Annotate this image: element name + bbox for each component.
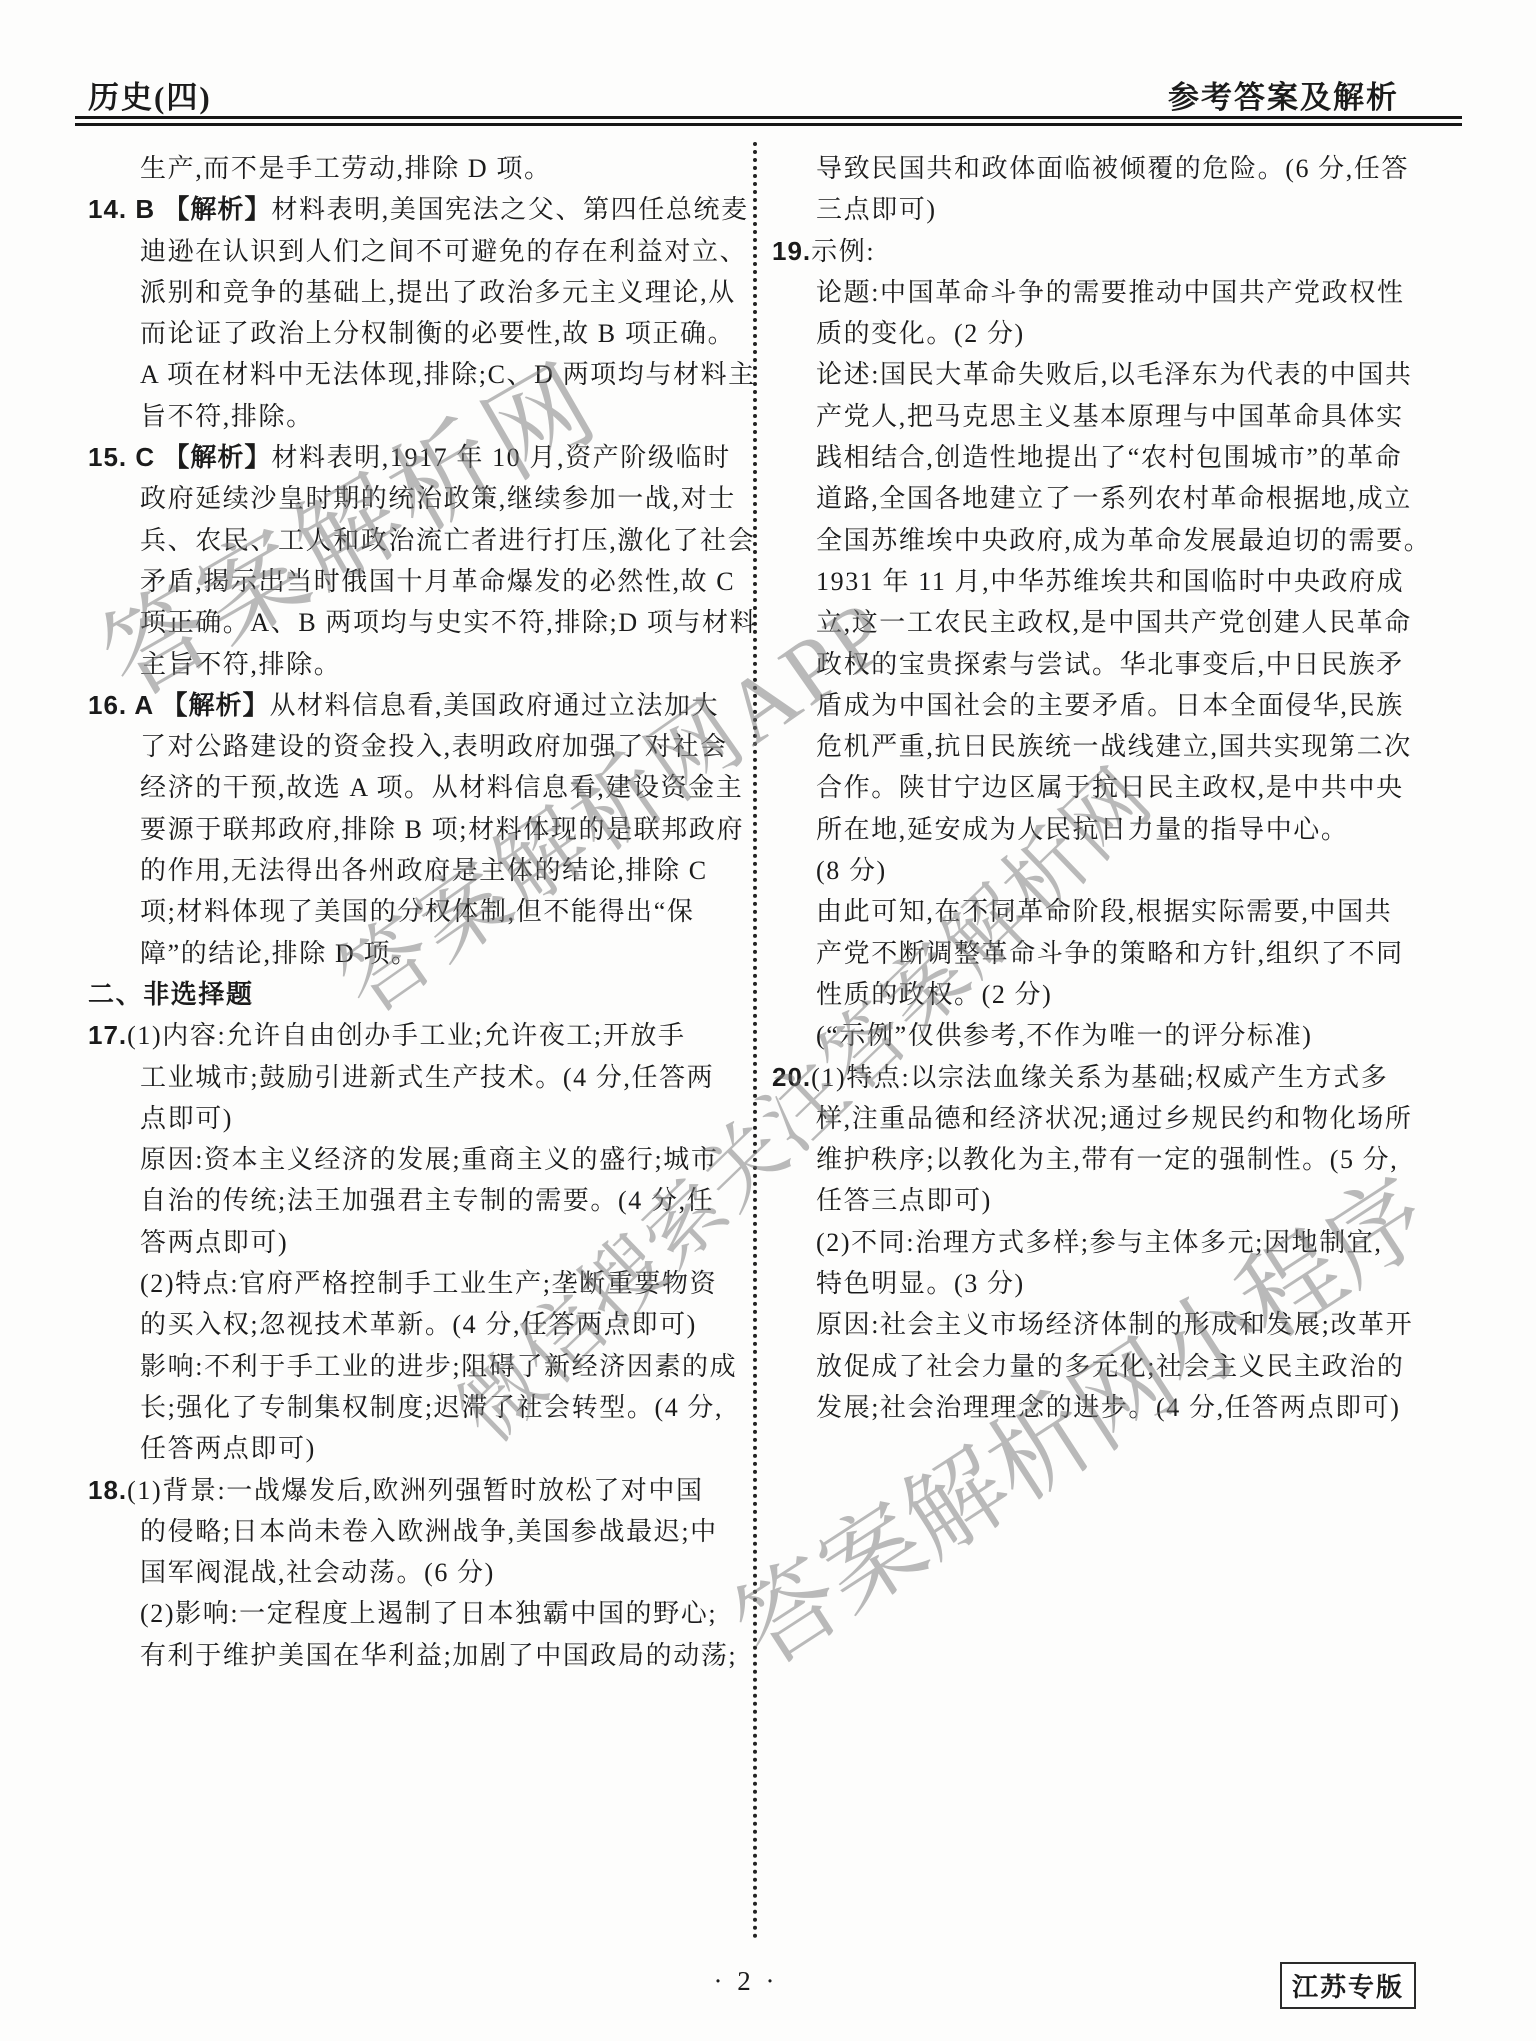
- right-column: 导致民国共和政体面临被倾覆的危险。(6 分,任答三点即可)19.示例:论题:中国…: [772, 148, 1462, 1428]
- item-number: 19.: [772, 236, 811, 266]
- text-line: 而论证了政治上分权制衡的必要性,故 B 项正确。: [88, 313, 743, 354]
- text-line: A 项在材料中无法体现,排除;C、D 两项均与材料主: [88, 354, 743, 395]
- text-line: 要源于联邦政府,排除 B 项;材料体现的是联邦政府: [88, 809, 743, 850]
- text-line: 合作。陕甘宁边区属于抗日民主政权,是中共中央: [772, 767, 1462, 808]
- text-line: 项;材料体现了美国的分权体制,但不能得出“保: [88, 891, 743, 932]
- page-subtitle: 参考答案及解析: [1168, 72, 1399, 117]
- text-line: 盾成为中国社会的主要矛盾。日本全面侵华,民族: [772, 685, 1462, 726]
- text-line: 质的变化。(2 分): [772, 313, 1462, 354]
- text-line: 论述:国民大革命失败后,以毛泽东为代表的中国共: [772, 354, 1462, 395]
- text-line: 维护秩序;以教化为主,带有一定的强制性。(5 分,: [772, 1139, 1462, 1180]
- text-line: 所在地,延安成为人民抗日力量的指导中心。: [772, 809, 1462, 850]
- text-line: 二、非选择题: [88, 974, 743, 1015]
- item-number: 16. A 【解析】: [88, 690, 269, 720]
- text-line: 的侵略;日本尚未卷入欧洲战争,美国参战最迟;中: [88, 1511, 743, 1552]
- item-number: 18.: [88, 1475, 127, 1505]
- text-line: 政权的宝贵探索与尝试。华北事变后,中日民族矛: [772, 644, 1462, 685]
- text-line: 长;强化了专制集权制度;迟滞了社会转型。(4 分,: [88, 1387, 743, 1428]
- text-line: 17.(1)内容:允许自由创办手工业;允许夜工;开放手: [88, 1015, 743, 1056]
- item-number: 20.: [772, 1062, 811, 1092]
- text-line: 项正确。A、B 两项均与史实不符,排除;D 项与材料: [88, 602, 743, 643]
- text-line: 全国苏维埃中央政府,成为革命发展最迫切的需要。: [772, 520, 1462, 561]
- text-line: 矛盾,揭示出当时俄国十月革命爆发的必然性,故 C: [88, 561, 743, 602]
- text-line: 14. B 【解析】材料表明,美国宪法之父、第四任总统麦: [88, 189, 743, 230]
- text-line: 18.(1)背景:一战爆发后,欧洲列强暂时放松了对中国: [88, 1470, 743, 1511]
- text-line: 道路,全国各地建立了一系列农村革命根据地,成立: [772, 478, 1462, 519]
- text-line: 放促成了社会力量的多元化;社会主义民主政治的: [772, 1346, 1462, 1387]
- text-line: 障”的结论,排除 D 项。: [88, 933, 743, 974]
- text-line: (2)不同:治理方式多样;参与主体多元;因地制宜,: [772, 1222, 1462, 1263]
- item-number: 17.: [88, 1020, 127, 1050]
- text-line: 践相结合,创造性地提出了“农村包围城市”的革命: [772, 437, 1462, 478]
- text-line: 危机严重,抗日民族统一战线建立,国共实现第二次: [772, 726, 1462, 767]
- answer-sheet-page: 历史(四) 参考答案及解析 生产,而不是手工劳动,排除 D 项。14. B 【解…: [0, 0, 1536, 2041]
- text-line: 任答两点即可): [88, 1428, 743, 1469]
- text-line: 性质的政权。(2 分): [772, 974, 1462, 1015]
- text-line: 迪逊在认识到人们之间不可避免的存在利益对立、: [88, 231, 743, 272]
- text-line: 有利于维护美国在华利益;加剧了中国政局的动荡;: [88, 1635, 743, 1676]
- text-line: 旨不符,排除。: [88, 396, 743, 437]
- item-number: 15. C 【解析】: [88, 442, 271, 472]
- text-line: 16. A 【解析】从材料信息看,美国政府通过立法加大: [88, 685, 743, 726]
- text-line: 经济的干预,故选 A 项。从材料信息看,建设资金主: [88, 767, 743, 808]
- text-line: 任答三点即可): [772, 1180, 1462, 1221]
- text-line: 产党人,把马克思主义基本原理与中国革命具体实: [772, 396, 1462, 437]
- text-line: 特色明显。(3 分): [772, 1263, 1462, 1304]
- text-line: 20.(1)特点:以宗法血缘关系为基础;权威产生方式多: [772, 1057, 1462, 1098]
- text-line: 兵、农民、工人和政治流亡者进行打压,激化了社会: [88, 520, 743, 561]
- text-line: 点即可): [88, 1098, 743, 1139]
- text-line: 影响:不利于手工业的进步;阻碍了新经济因素的成: [88, 1346, 743, 1387]
- text-line: (2)特点:官府严格控制手工业生产;垄断重要物资: [88, 1263, 743, 1304]
- text-line: 工业城市;鼓励引进新式生产技术。(4 分,任答两: [88, 1057, 743, 1098]
- text-line: 政府延续沙皇时期的统治政策,继续参加一战,对士: [88, 478, 743, 519]
- text-line: 的买入权;忽视技术革新。(4 分,任答两点即可): [88, 1304, 743, 1345]
- text-line: 论题:中国革命斗争的需要推动中国共产党政权性: [772, 272, 1462, 313]
- text-line: 立,这一工农民主政权,是中国共产党创建人民革命: [772, 602, 1462, 643]
- text-line: 自治的传统;法王加强君主专制的需要。(4 分,任: [88, 1180, 743, 1221]
- text-line: 19.示例:: [772, 231, 1462, 272]
- text-line: (8 分): [772, 850, 1462, 891]
- text-line: 原因:资本主义经济的发展;重商主义的盛行;城市: [88, 1139, 743, 1180]
- text-line: 生产,而不是手工劳动,排除 D 项。: [88, 148, 743, 189]
- page-number: · 2 ·: [0, 1966, 1492, 1997]
- page-title: 历史(四): [88, 72, 212, 117]
- text-line: 产党不断调整革命斗争的策略和方针,组织了不同: [772, 933, 1462, 974]
- text-line: 导致民国共和政体面临被倾覆的危险。(6 分,任答: [772, 148, 1462, 189]
- text-line: 由此可知,在不同革命阶段,根据实际需要,中国共: [772, 891, 1462, 932]
- text-line: 答两点即可): [88, 1222, 743, 1263]
- left-column: 生产,而不是手工劳动,排除 D 项。14. B 【解析】材料表明,美国宪法之父、…: [88, 148, 743, 1676]
- text-line: 的作用,无法得出各州政府是主体的结论,排除 C: [88, 850, 743, 891]
- text-line: 三点即可): [772, 189, 1462, 230]
- text-line: 15. C 【解析】材料表明,1917 年 10 月,资产阶级临时: [88, 437, 743, 478]
- text-line: 主旨不符,排除。: [88, 644, 743, 685]
- text-line: 了对公路建设的资金投入,表明政府加强了对社会: [88, 726, 743, 767]
- text-line: 样,注重品德和经济状况;通过乡规民约和物化场所: [772, 1098, 1462, 1139]
- text-line: (“示例”仅供参考,不作为唯一的评分标准): [772, 1015, 1462, 1056]
- column-divider-dotted-line: [753, 142, 757, 1940]
- header-double-rule: [75, 116, 1462, 126]
- text-line: 国军阀混战,社会动荡。(6 分): [88, 1552, 743, 1593]
- text-line: 原因:社会主义市场经济体制的形成和发展;改革开: [772, 1304, 1462, 1345]
- text-line: 派别和竞争的基础上,提出了政治多元主义理论,从: [88, 272, 743, 313]
- text-line: (2)影响:一定程度上遏制了日本独霸中国的野心;: [88, 1593, 743, 1634]
- text-line: 发展;社会治理理念的进步。(4 分,任答两点即可): [772, 1387, 1462, 1428]
- item-number: 14. B 【解析】: [88, 194, 271, 224]
- edition-badge: 江苏专版: [1280, 1962, 1416, 2009]
- text-line: 1931 年 11 月,中华苏维埃共和国临时中央政府成: [772, 561, 1462, 602]
